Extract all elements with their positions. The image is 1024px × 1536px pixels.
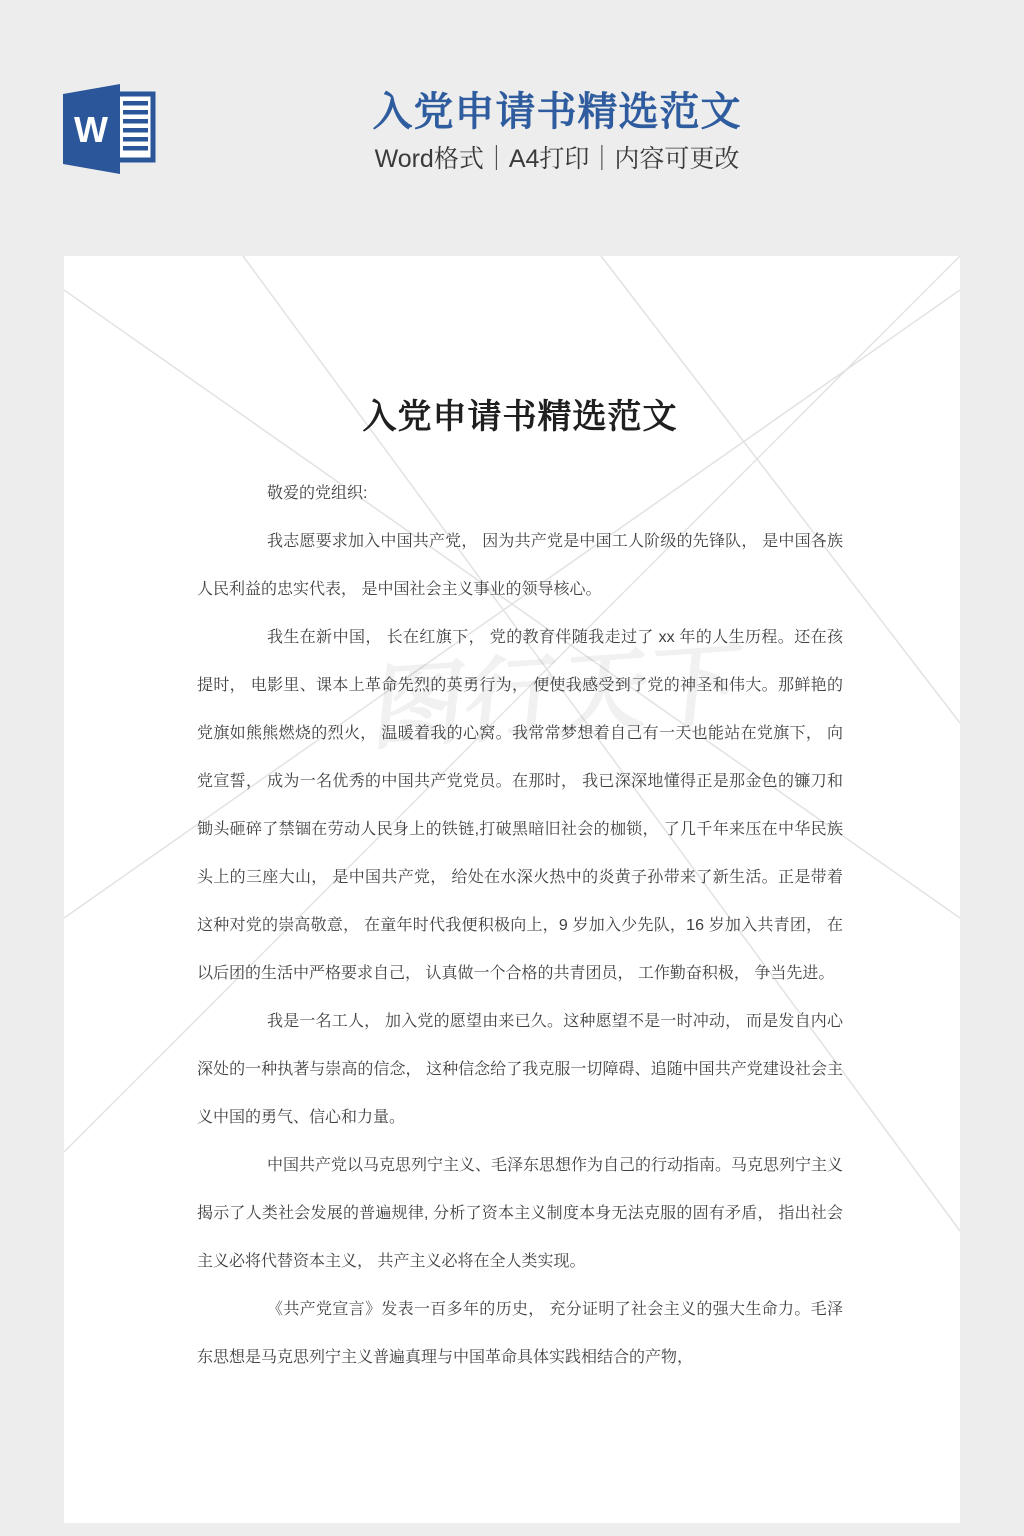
paragraph: 我是一名工人， 加入党的愿望由来已久。这种愿望不是一时冲动， 而是发自内心深处的… (197, 998, 843, 1142)
page-title: 入党申请书精选范文 (90, 88, 1024, 136)
header-text-block: 入党申请书精选范文 Word格式｜A4打印｜内容可更改 (90, 88, 1024, 175)
document-page: 图行天下 入党申请书精选范文 敬爱的党组织: 我志愿要求加入中国共产党， 因为共… (64, 256, 960, 1523)
salutation: 敬爱的党组织: (197, 470, 843, 518)
document-body: 敬爱的党组织: 我志愿要求加入中国共产党， 因为共产党是中国工人阶级的先锋队， … (197, 470, 843, 1382)
header: W 入党申请书精选范文 Word格式｜A4打印｜内容可更改 (0, 0, 1024, 256)
paragraph: 中国共产党以马克思列宁主义、毛泽东思想作为自己的行动指南。马克思列宁主义揭示了人… (197, 1142, 843, 1286)
paragraph: 我生在新中国， 长在红旗下， 党的教育伴随我走过了 xx 年的人生历程。还在孩提… (197, 614, 843, 998)
page-background: { "page": { "background": "#ededed", "pa… (0, 0, 1024, 1536)
document-title: 入党申请书精选范文 (197, 396, 843, 438)
paragraph: 我志愿要求加入中国共产党， 因为共产党是中国工人阶级的先锋队， 是中国各族人民利… (197, 518, 843, 614)
document-content: 入党申请书精选范文 敬爱的党组织: 我志愿要求加入中国共产党， 因为共产党是中国… (64, 396, 960, 1382)
page-subtitle: Word格式｜A4打印｜内容可更改 (90, 143, 1024, 175)
paragraph: 《共产党宣言》发表一百多年的历史， 充分证明了社会主义的强大生命力。毛泽东思想是… (197, 1286, 843, 1382)
